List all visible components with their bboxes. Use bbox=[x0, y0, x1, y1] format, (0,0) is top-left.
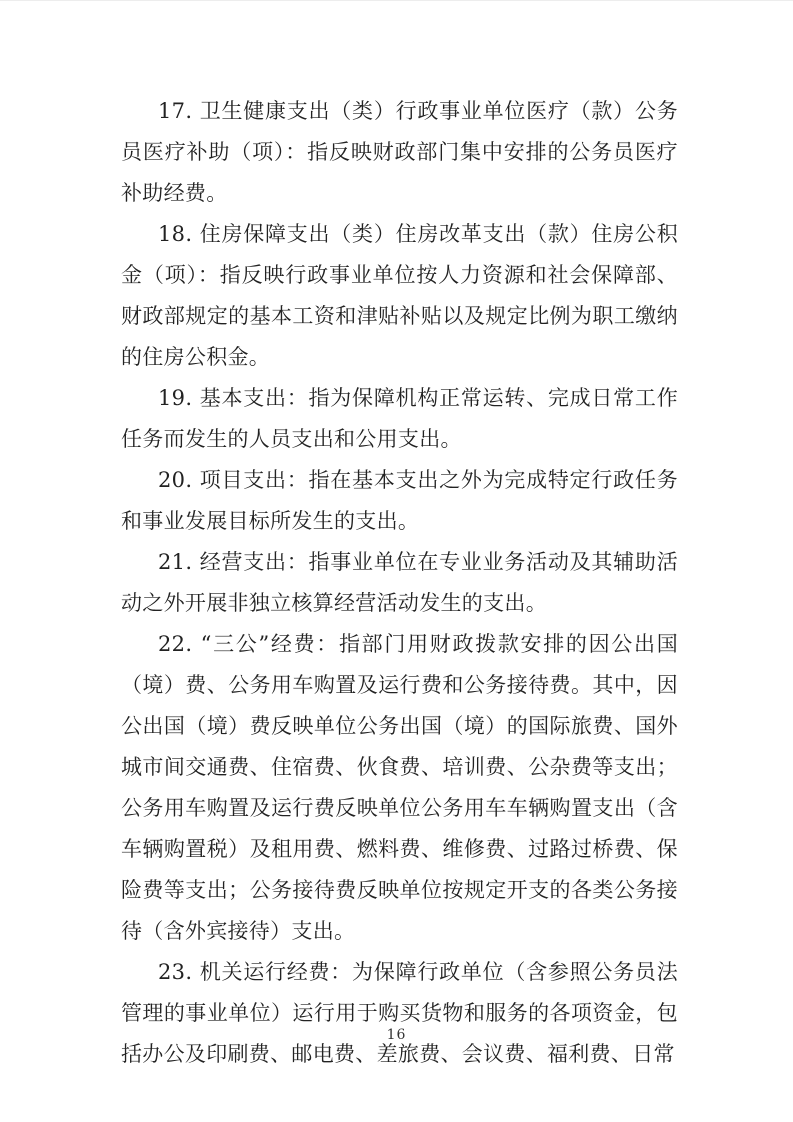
document-body: 17. 卫生健康支出（类）行政事业单位医疗（款）公务员医疗补助（项）：指反映财政… bbox=[121, 91, 678, 1075]
paragraph-item-18: 18. 住房保障支出（类）住房改革支出（款）住房公积金（项）：指反映行政事业单位… bbox=[121, 214, 678, 378]
paragraph-item-20: 20. 项目支出：指在基本支出之外为完成特定行政任务和事业发展目标所发生的支出。 bbox=[121, 460, 678, 542]
document-page: 17. 卫生健康支出（类）行政事业单位医疗（款）公务员医疗补助（项）：指反映财政… bbox=[0, 0, 793, 1122]
paragraph-item-23: 23. 机关运行经费：为保障行政单位（含参照公务员法管理的事业单位）运行用于购买… bbox=[121, 952, 678, 1075]
paragraph-item-19: 19. 基本支出：指为保障机构正常运转、完成日常工作任务而发生的人员支出和公用支… bbox=[121, 378, 678, 460]
paragraph-item-21: 21. 经营支出：指事业单位在专业业务活动及其辅助活动之外开展非独立核算经营活动… bbox=[121, 542, 678, 624]
paragraph-item-22: 22. “三公”经费：指部门用财政拨款安排的因公出国（境）费、公务用车购置及运行… bbox=[121, 624, 678, 952]
paragraph-item-17: 17. 卫生健康支出（类）行政事业单位医疗（款）公务员医疗补助（项）：指反映财政… bbox=[121, 91, 678, 214]
page-number: 16 bbox=[0, 1027, 793, 1043]
